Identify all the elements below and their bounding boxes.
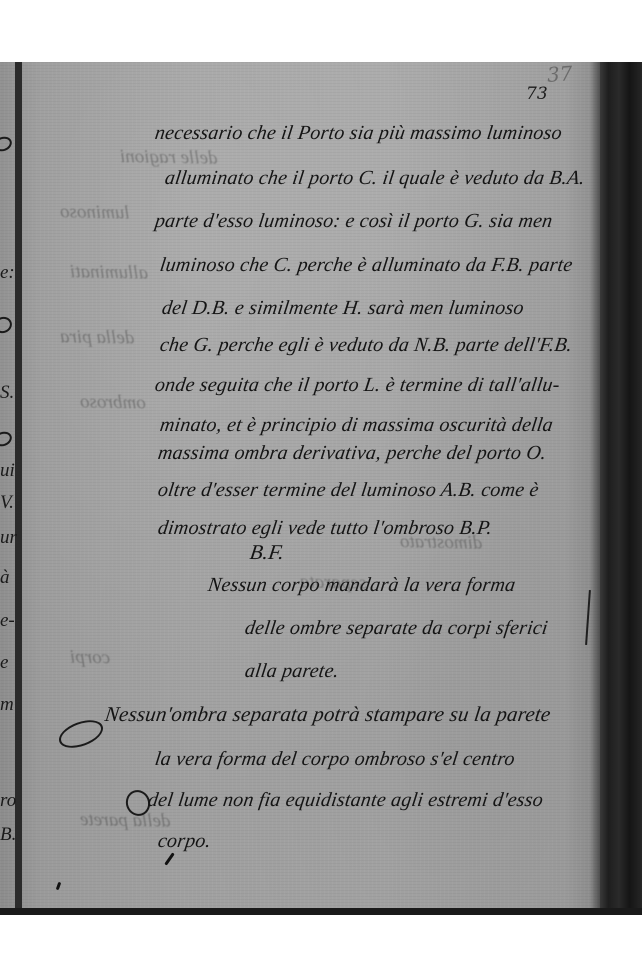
ink-speck: [56, 882, 62, 891]
margin-loop-mark: [0, 314, 14, 335]
margin-fragment: V.: [0, 492, 14, 514]
margin-fragment: à: [0, 567, 10, 589]
manuscript-page-scan: 37 73 delle ragioni luminoso alluminati …: [0, 62, 642, 915]
bleed-through-text: corpi: [70, 647, 110, 670]
section-heading-line: delle ombre separate da corpi sferici: [243, 617, 549, 640]
text-line: oltre d'esser termine del luminoso A.B. …: [156, 479, 540, 502]
text-line: dimostrato egli vede tutto l'ombroso B.P…: [156, 517, 493, 540]
margin-fragment: ui: [0, 460, 15, 482]
margin-fragment: S.: [0, 382, 14, 404]
text-line: minato, et è principio di massima oscuri…: [158, 414, 554, 437]
left-margin-rule: [15, 62, 22, 908]
text-line: onde seguita che il porto L. è termine d…: [153, 374, 561, 397]
margin-fragment: m: [0, 694, 14, 716]
paragraph-line: del lume non fia equidistante agli estre…: [146, 789, 544, 812]
text-line: che G. perche egli è veduto da N.B. part…: [158, 334, 573, 357]
text-line: massima ombra derivativa, perche del por…: [156, 442, 547, 465]
section-heading-line: Nessun corpo mandarà la vera forma: [206, 574, 517, 597]
margin-fragment: e:: [0, 262, 15, 284]
bleed-through-text: ombroso: [80, 391, 146, 414]
paragraph-flourish-mark: [55, 715, 106, 753]
text-line: alluminato che il porto C. il quale è ve…: [163, 167, 586, 190]
document-viewer: 37 73 delle ragioni luminoso alluminati …: [0, 0, 642, 975]
text-line: necessario che il Porto sia più massimo …: [153, 122, 563, 145]
margin-fragment: ur: [0, 527, 17, 549]
margin-fragment: ro: [0, 790, 16, 812]
rubric-letters: B.F.: [248, 540, 286, 565]
ink-speck: [164, 852, 174, 865]
page-number: 73: [526, 84, 548, 104]
bleed-through-text: della parete: [80, 809, 171, 833]
margin-loop-mark: [0, 429, 14, 448]
page-bottom-edge: [0, 908, 642, 915]
margin-fragment: e: [0, 652, 8, 674]
paragraph-line: Nessun'ombra separata potrà stampare su …: [103, 702, 552, 727]
margin-loop-mark: [0, 134, 14, 153]
page-binding-gutter: [600, 62, 642, 915]
text-line: parte d'esso luminoso: e così il porto G…: [153, 210, 554, 233]
text-line: luminoso che C. perche è alluminato da F…: [158, 254, 574, 277]
text-line: del D.B. e similmente H. sarà men lumino…: [160, 297, 525, 320]
paragraph-line: la vera forma del corpo ombroso s'el cen…: [153, 748, 516, 771]
folio-number: 37: [546, 62, 573, 87]
margin-fragment: e-: [0, 610, 15, 632]
bleed-through-text: alluminati: [70, 261, 148, 284]
margin-fragment: B.: [0, 824, 16, 846]
bleed-through-text: della pira: [60, 326, 135, 349]
section-heading-line: alla parete.: [243, 660, 340, 683]
paragraph-line: corpo.: [156, 830, 212, 853]
bleed-through-text: luminoso: [60, 201, 130, 224]
